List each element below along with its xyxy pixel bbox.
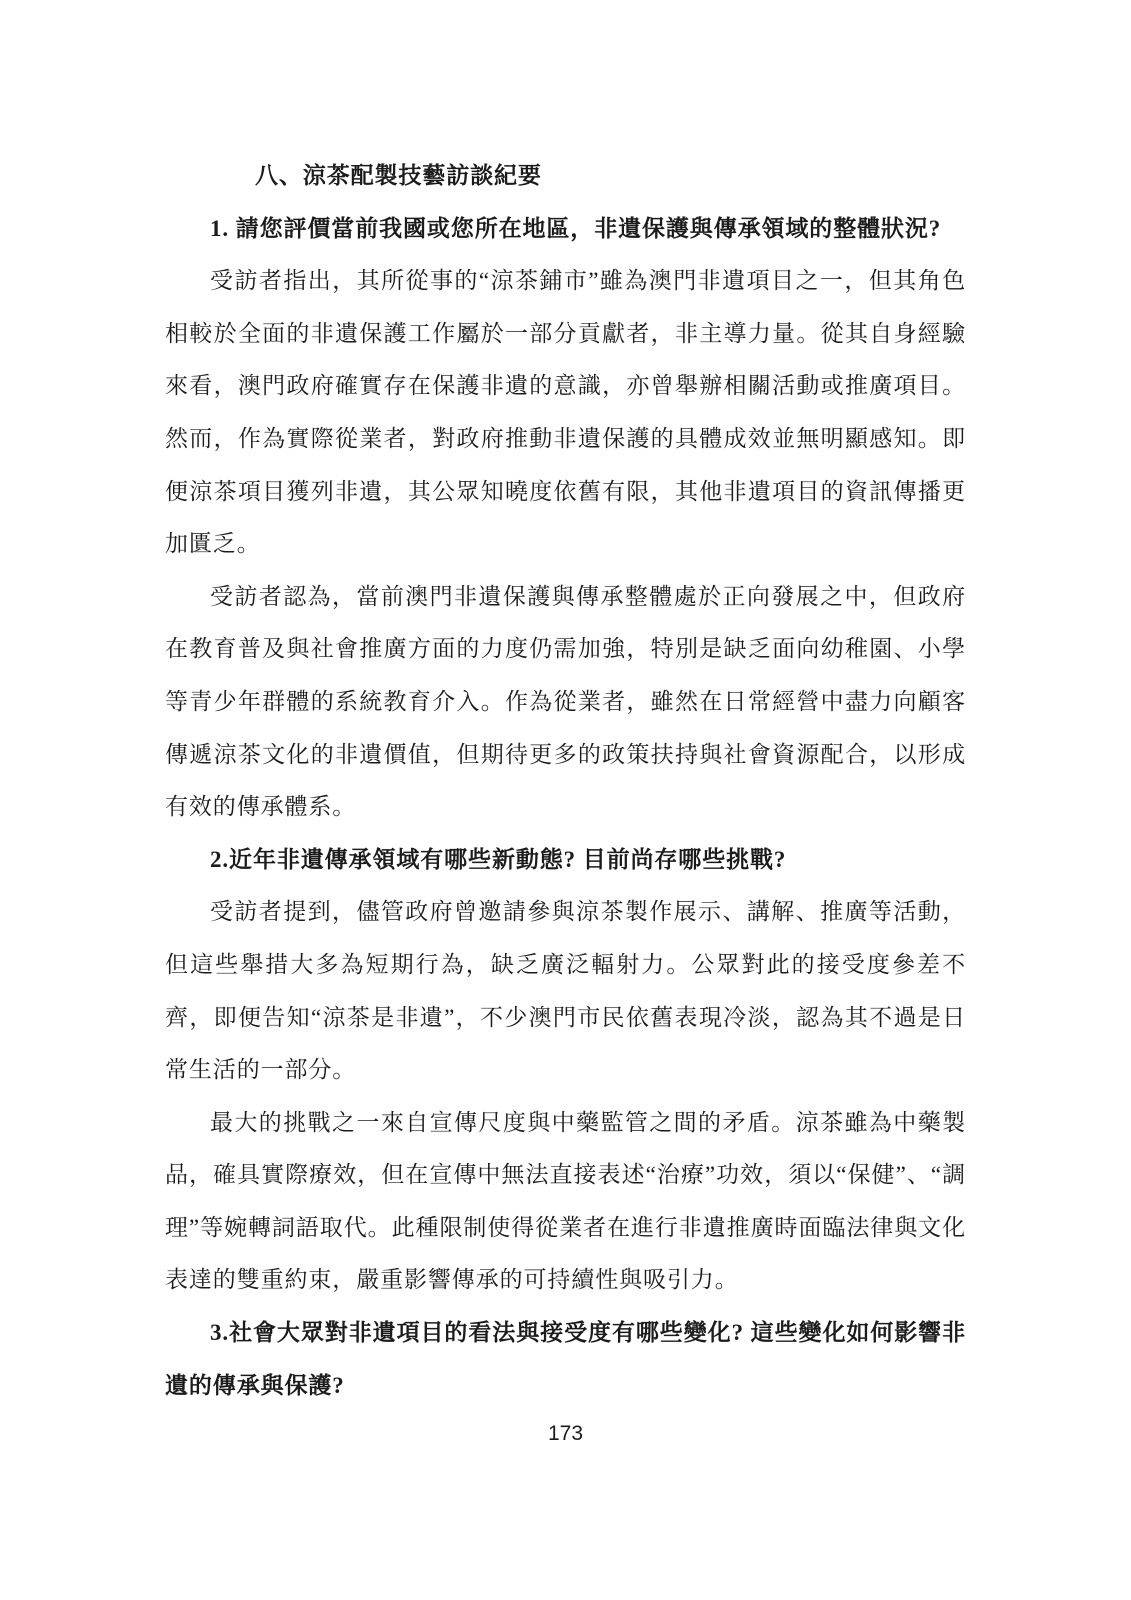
paragraph-q2-1: 受訪者提到，儘管政府曾邀請參與涼茶製作展示、講解、推廣等活動，但這些舉措大多為短…: [165, 886, 966, 1096]
paragraph-q1-2: 受訪者認為，當前澳門非遺保護與傳承整體處於正向發展之中，但政府在教育普及與社會推…: [165, 571, 966, 834]
question-heading-2: 2.近年非遺傳承領域有哪些新動態? 目前尚存哪些挑戰?: [165, 834, 966, 887]
document-title: 八、涼茶配製技藝訪談紀要: [165, 150, 966, 203]
page-number: 173: [0, 1422, 1131, 1446]
question-heading-1: 1. 請您評價當前我國或您所在地區，非遺保護與傳承領域的整體狀況?: [165, 203, 966, 256]
document-page: 八、涼茶配製技藝訪談紀要 1. 請您評價當前我國或您所在地區，非遺保護與傳承領域…: [165, 150, 966, 1412]
question-heading-3: 3.社會大眾對非遺項目的看法與接受度有哪些變化? 這些變化如何影響非遺的傳承與保…: [165, 1307, 966, 1412]
paragraph-q1-1: 受訪者指出，其所從事的“涼茶鋪市”雖為澳門非遺項目之一，但其角色相較於全面的非遺…: [165, 255, 966, 571]
paragraph-q2-2: 最大的挑戰之一來自宣傳尺度與中藥監管之間的矛盾。涼茶雖為中藥製品，確具實際療效，…: [165, 1097, 966, 1307]
